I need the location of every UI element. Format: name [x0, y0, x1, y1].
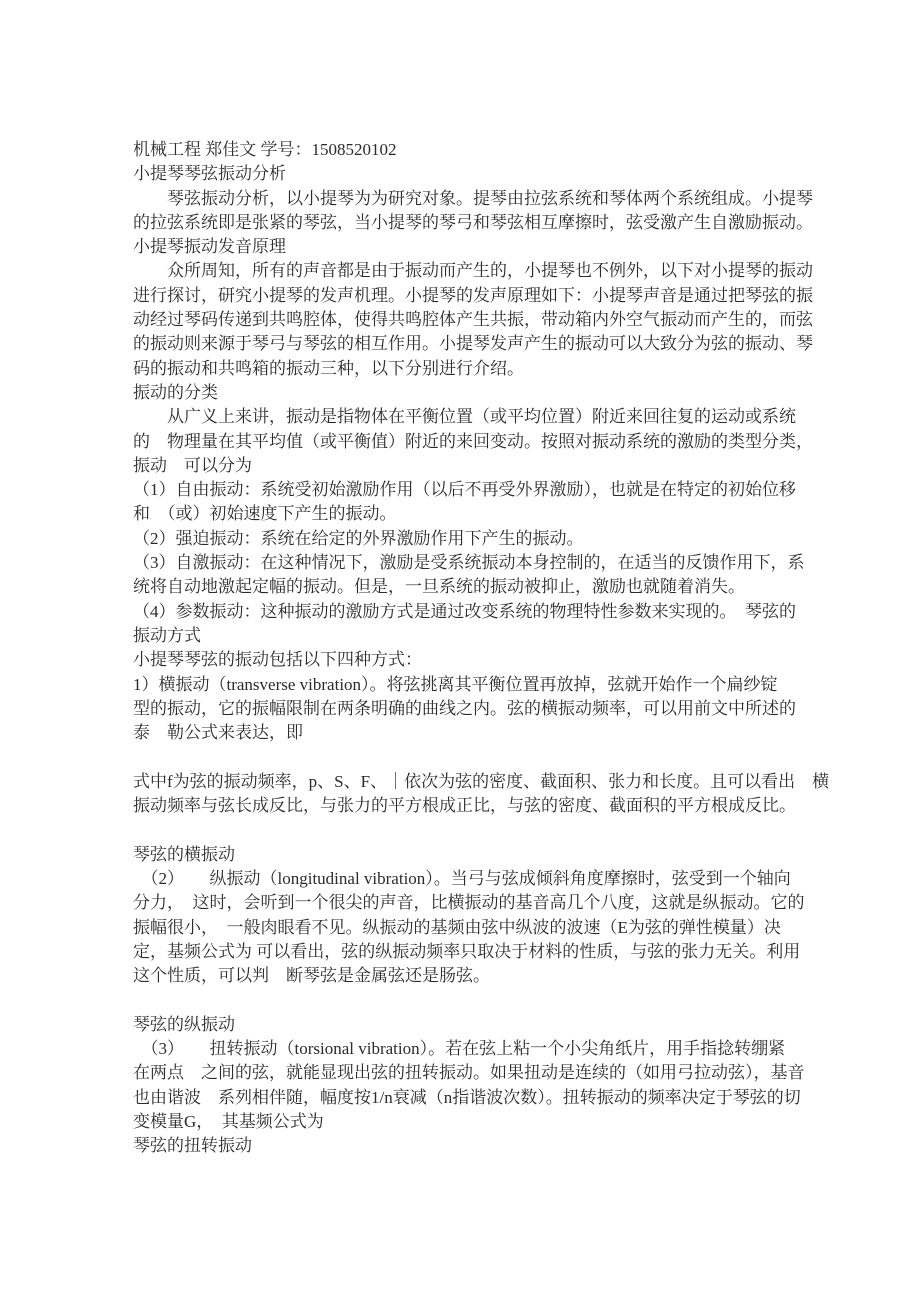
document-text-line: 小提琴琴弦的振动包括以下四种方式：: [133, 648, 793, 672]
document-text-line: 振动的分类: [133, 381, 793, 405]
document-text-line: 振动方式: [133, 624, 793, 648]
document-text-line: 琴弦的横振动: [133, 843, 793, 867]
document-text-line: （2）强迫振动：系统在给定的外界激励作用下产生的振动。: [133, 527, 793, 551]
blank-line: [133, 745, 793, 769]
document-text-line: 也由谐波 系列相伴随，幅度按1/n衰减（n指谐波次数）。扭转振动的频率决定于琴弦…: [133, 1086, 793, 1110]
document-text-line: 1）横振动（transverse vibration）。将弦挑离其平衡位置再放掉…: [133, 673, 793, 697]
document-text-line: 振动频率与弦长成反比，与张力的平方根成正比，与弦的密度、截面积的平方根成反比。: [133, 794, 793, 818]
document-text-line: （2） 纵振动（longitudinal vibration）。当弓与弦成倾斜角…: [133, 867, 793, 891]
document-text-line: 的拉弦系统即是张紧的琴弦，当小提琴的琴弓和琴弦相互摩擦时，弦受激产生自激励振动。: [133, 211, 793, 235]
document-text-line: 琴弦的纵振动: [133, 1013, 793, 1037]
document-text-line: 在两点 之间的弦，就能显现出弦的扭转振动。如果扭动是连续的（如用弓拉动弦），基音: [133, 1061, 793, 1085]
document-text-line: 小提琴振动发音原理: [133, 235, 793, 259]
document-body: 机械工程 郑佳文 学号：1508520102小提琴琴弦振动分析 琴弦振动分析，以…: [133, 138, 793, 1158]
document-text-line: 定，基频公式为 可以看出，弦的纵振动频率只取决于材料的性质，与弦的张力无关。利用: [133, 940, 793, 964]
document-text-line: 振动 可以分为: [133, 454, 793, 478]
document-text-line: 的振动则来源于琴弓与琴弦的相互作用。小提琴发声产生的振动可以大致分为弦的振动、琴: [133, 332, 793, 356]
document-text-line: 众所周知，所有的声音都是由于振动而产生的，小提琴也不例外，以下对小提琴的振动: [133, 259, 793, 283]
document-text-line: 码的振动和共鸣箱的振动三种，以下分别进行介绍。: [133, 357, 793, 381]
document-text-line: 式中f为弦的振动频率，p、S、F、｜依次为弦的密度、截面积、张力和长度。且可以看…: [133, 770, 793, 794]
document-text-line: 泰 勒公式来表达，即: [133, 721, 793, 745]
document-text-line: 和 （或）初始速度下产生的振动。: [133, 502, 793, 526]
document-text-line: （1）自由振动：系统受初始激励作用（以后不再受外界激励），也就是在特定的初始位移: [133, 478, 793, 502]
document-text-line: 小提琴琴弦振动分析: [133, 162, 793, 186]
document-text-line: 振幅很小， 一般肉眼看不见。纵振动的基频由弦中纵波的波速（E为弦的弹性模量）决: [133, 916, 793, 940]
document-text-line: 进行探讨，研究小提琴的发声机理。小提琴的发声原理如下：小提琴声音是通过把琴弦的振: [133, 284, 793, 308]
blank-line: [133, 818, 793, 842]
document-page: 机械工程 郑佳文 学号：1508520102小提琴琴弦振动分析 琴弦振动分析，以…: [0, 0, 920, 1302]
document-text-line: （4）参数振动：这种振动的激励方式是通过改变系统的物理特性参数来实现的。 琴弦的: [133, 600, 793, 624]
blank-line: [133, 988, 793, 1012]
document-text-line: （3）自激振动：在这种情况下，激励是受系统振动本身控制的，在适当的反馈作用下，系: [133, 551, 793, 575]
document-text-line: 琴弦的扭转振动: [133, 1134, 793, 1158]
document-text-line: 变模量G， 其基频公式为: [133, 1110, 793, 1134]
document-text-line: 分力， 这时，会听到一个很尖的声音，比横振动的基音高几个八度，这就是纵振动。它的: [133, 891, 793, 915]
document-text-line: 动经过琴码传递到共鸣腔体，使得共鸣腔体产生共振，带动箱内外空气振动而产生的，而弦: [133, 308, 793, 332]
document-text-line: 型的振动，它的振幅限制在两条明确的曲线之内。弦的横振动频率，可以用前文中所述的: [133, 697, 793, 721]
document-text-line: 机械工程 郑佳文 学号：1508520102: [133, 138, 793, 162]
document-text-line: 这个性质，可以判 断琴弦是金属弦还是肠弦。: [133, 964, 793, 988]
document-text-line: 从广义上来讲，振动是指物体在平衡位置（或平均位置）附近来回往复的运动或系统: [133, 405, 793, 429]
document-text-line: 的 物理量在其平均值（或平衡值）附近的来回变动。按照对振动系统的激励的类型分类，: [133, 430, 793, 454]
document-text-line: 琴弦振动分析，以小提琴为为研究对象。提琴由拉弦系统和琴体两个系统组成。小提琴: [133, 187, 793, 211]
document-text-line: 统将自动地激起定幅的振动。但是，一旦系统的振动被抑止，激励也就随着消失。: [133, 575, 793, 599]
document-text-line: （3） 扭转振动（torsional vibration）。若在弦上粘一个小尖角…: [133, 1037, 793, 1061]
